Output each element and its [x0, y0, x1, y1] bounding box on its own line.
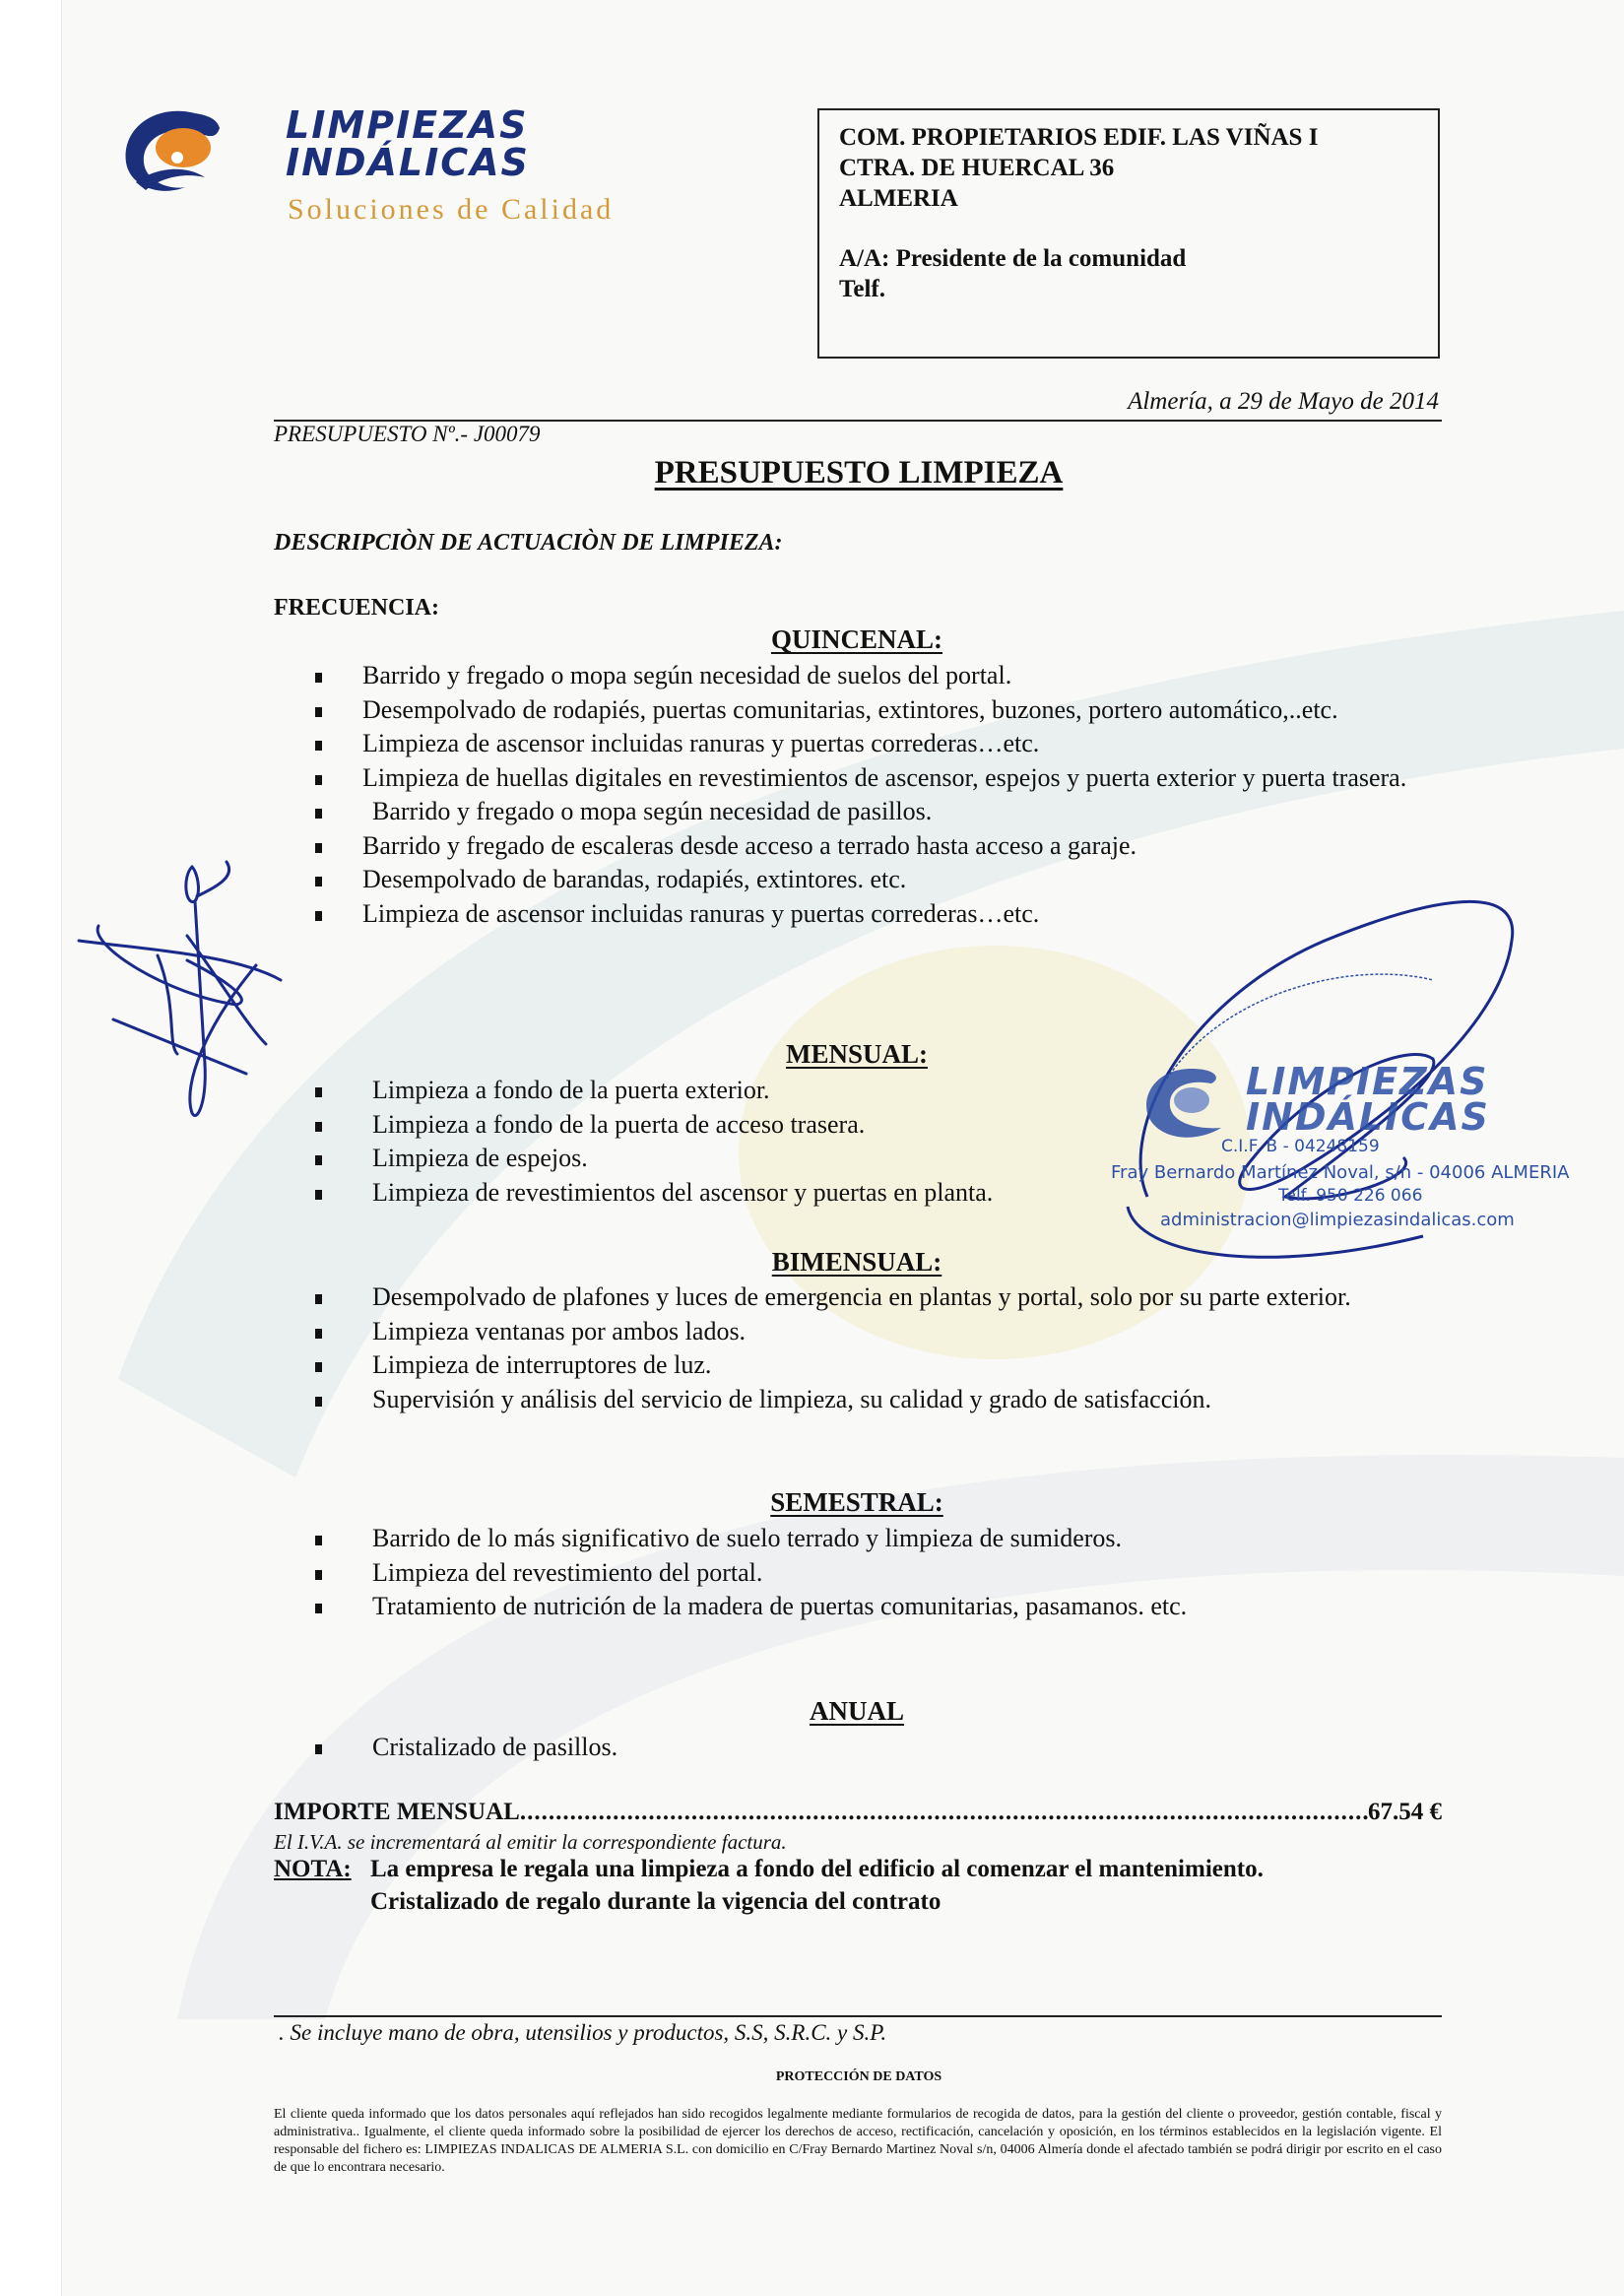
list-anual: Cristalizado de pasillos.: [313, 1731, 1438, 1765]
stamp-address: Fray Bernardo Martínez Noval, s/n - 0400…: [1111, 1162, 1569, 1183]
page-edge: [0, 0, 62, 2296]
data-protection-heading: PROTECCIÓN DE DATOS: [0, 2069, 1624, 2085]
note-line: Cristalizado de regalo durante la vigenc…: [370, 1888, 941, 1916]
company-logo-icon: [116, 103, 229, 197]
vat-note: El I.V.A. se incrementará al emitir la c…: [274, 1830, 787, 1855]
section-heading-quincenal: QUINCENAL:: [0, 624, 1624, 655]
monthly-amount-row: IMPORTE MENSUAL ........................…: [274, 1799, 1442, 1826]
handwritten-signature: [59, 847, 315, 1133]
footer-divider: [274, 2015, 1442, 2017]
document-date: Almería, a 29 de Mayo de 2014: [1128, 388, 1439, 416]
stamp-email: administracion@limpiezasindalicas.com: [1160, 1210, 1515, 1230]
list-item: Supervisión y análisis del servicio de l…: [313, 1383, 1438, 1417]
list-item: Limpieza del revestimiento del portal.: [313, 1556, 1438, 1591]
list-semestral: Barrido de lo más significativo de suelo…: [313, 1522, 1438, 1624]
budget-number: PRESUPUESTO Nº.- J00079: [274, 422, 541, 447]
list-item: Cristalizado de pasillos.: [313, 1731, 1438, 1765]
recipient-line: COM. PROPIETARIOS EDIF. LAS VIÑAS I: [839, 122, 1418, 153]
data-protection-text: El cliente queda informado que los datos…: [274, 2106, 1442, 2177]
document-title: PRESUPUESTO LIMPIEZA: [0, 455, 1624, 492]
list-item: Barrido de lo más significativo de suelo…: [313, 1522, 1438, 1556]
section-heading-semestral: SEMESTRAL:: [0, 1487, 1624, 1518]
list-item: Tratamiento de nutrición de la madera de…: [313, 1590, 1438, 1624]
list-item: Barrido y fregado o mopa según necesidad…: [313, 795, 1438, 829]
company-name: LIMPIEZAS INDÁLICAS: [286, 106, 530, 181]
stamp-phone: Telf. 950 226 066: [1278, 1186, 1422, 1206]
stamp-cif: C.I.F. B - 04248159: [1221, 1137, 1380, 1156]
monthly-amount-label: IMPORTE MENSUAL: [274, 1799, 520, 1826]
list-item: Limpieza de ascensor incluidas ranuras y…: [313, 727, 1438, 761]
list-item: Limpieza de interruptores de luz.: [313, 1348, 1438, 1383]
monthly-amount-value: 67.54 €: [1368, 1799, 1442, 1826]
recipient-line: CTRA. DE HUERCAL 36: [839, 153, 1418, 183]
list-item: Limpieza ventanas por ambos lados.: [313, 1315, 1438, 1349]
recipient-attention: A/A: Presidente de la comunidad: [839, 243, 1418, 274]
company-tagline: Soluciones de Calidad: [288, 193, 614, 227]
description-heading: DESCRIPCIÒN DE ACTUACIÒN DE LIMPIEZA:: [274, 530, 783, 557]
list-item: Barrido y fregado o mopa según necesidad…: [313, 659, 1438, 693]
note-label: NOTA:: [274, 1856, 352, 1883]
includes-note: . Se incluye mano de obra, utensilios y …: [279, 2020, 886, 2046]
recipient-phone: Telf.: [839, 274, 1418, 304]
recipient-line: ALMERIA: [839, 183, 1418, 214]
note-line: La empresa le regala una limpieza a fond…: [370, 1856, 1264, 1883]
list-item: Limpieza de huellas digitales en revesti…: [313, 761, 1438, 796]
recipient-address-box: COM. PROPIETARIOS EDIF. LAS VIÑAS I CTRA…: [817, 108, 1440, 359]
section-heading-anual: ANUAL: [0, 1696, 1624, 1727]
list-item: Desempolvado de plafones y luces de emer…: [313, 1280, 1438, 1315]
list-item: Barrido y fregado de escaleras desde acc…: [313, 829, 1438, 864]
list-item: Desempolvado de rodapiés, puertas comuni…: [313, 693, 1438, 728]
frequency-heading: FRECUENCIA:: [274, 595, 439, 622]
stamp-brand: LIMPIEZAS INDÁLICAS: [1246, 1064, 1490, 1135]
list-bimensual: Desempolvado de plafones y luces de emer…: [313, 1280, 1438, 1416]
leader-dots: ........................................…: [520, 1799, 1368, 1826]
